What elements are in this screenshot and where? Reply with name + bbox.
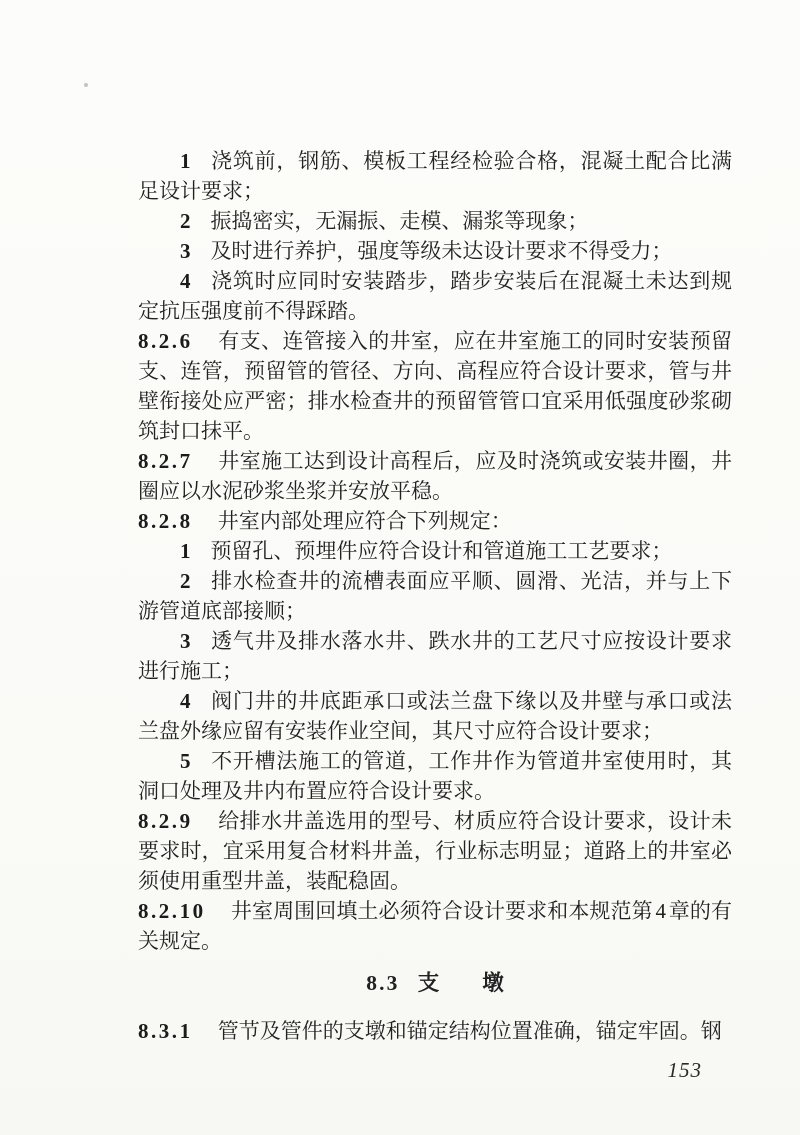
clause-number: 8.2.6	[138, 329, 193, 353]
item-text: 阀门井的井底距承口或法兰盘下缘以及井壁与承口或法兰盘外缘应留有安装作业空间，其尺…	[138, 689, 732, 743]
page-number: 153	[138, 1055, 732, 1085]
section-heading: 8.3支 墩	[138, 968, 732, 998]
clause-paragraph: 8.2.6有支、连管接入的井室，应在井室施工的同时安装预留支、连管，预留管的管径…	[138, 326, 732, 446]
section-number: 8.3	[366, 971, 399, 995]
numbered-item: 2排水检查井的流槽表面应平顺、圆滑、光洁，并与上下游管道底部接顺；	[138, 566, 732, 626]
item-text: 透气井及排水落水井、跌水井的工艺尺寸应按设计要求进行施工；	[138, 629, 732, 683]
clause-paragraph: 8.3.1管节及管件的支墩和锚定结构位置准确，锚定牢固。钢	[138, 1016, 732, 1046]
clause-number: 8.2.7	[138, 449, 193, 473]
clause-text: 井室内部处理应符合下列规定：	[218, 509, 512, 533]
item-number: 2	[180, 209, 191, 233]
document-page: 1浇筑前，钢筋、模板工程经检验合格，混凝土配合比满足设计要求； 2振捣密实，无漏…	[0, 0, 800, 1135]
item-number: 1	[180, 539, 191, 563]
item-number: 3	[180, 239, 191, 263]
numbered-item: 3透气井及排水落水井、跌水井的工艺尺寸应按设计要求进行施工；	[138, 626, 732, 686]
clause-text: 井室周围回填土必须符合设计要求和本规范第 4 章的有关规定。	[138, 899, 732, 953]
clause-paragraph: 8.2.8井室内部处理应符合下列规定：	[138, 506, 732, 536]
item-text: 及时进行养护，强度等级未达设计要求不得受力；	[210, 239, 672, 263]
clause-text: 井室施工达到设计高程后，应及时浇筑或安装井圈，井圈应以水泥砂浆坐浆并安放平稳。	[138, 449, 732, 503]
clause-text: 有支、连管接入的井室，应在井室施工的同时安装预留支、连管，预留管的管径、方向、高…	[138, 329, 732, 443]
numbered-item: 4阀门井的井底距承口或法兰盘下缘以及井壁与承口或法兰盘外缘应留有安装作业空间，其…	[138, 686, 732, 746]
numbered-item: 2振捣密实，无漏振、走模、漏浆等现象；	[138, 206, 732, 236]
clause-paragraph: 8.2.10井室周围回填土必须符合设计要求和本规范第 4 章的有关规定。	[138, 896, 732, 956]
item-text: 排水检查井的流槽表面应平顺、圆滑、光洁，并与上下游管道底部接顺；	[138, 569, 732, 623]
numbered-item: 4浇筑时应同时安装踏步，踏步安装后在混凝土未达到规定抗压强度前不得踩踏。	[138, 266, 732, 326]
clause-text: 给排水井盖选用的型号、材质应符合设计要求，设计未要求时，宜采用复合材料井盖，行业…	[138, 809, 732, 893]
item-number: 1	[180, 149, 191, 173]
page-body: 1浇筑前，钢筋、模板工程经检验合格，混凝土配合比满足设计要求； 2振捣密实，无漏…	[138, 146, 732, 1085]
item-text: 预留孔、预埋件应符合设计和管道施工工艺要求；	[210, 539, 672, 563]
scan-speck	[84, 83, 88, 87]
numbered-item: 1预留孔、预埋件应符合设计和管道施工工艺要求；	[138, 536, 732, 566]
clause-paragraph: 8.2.9给排水井盖选用的型号、材质应符合设计要求，设计未要求时，宜采用复合材料…	[138, 806, 732, 896]
item-number: 3	[180, 629, 191, 653]
clause-number: 8.2.10	[138, 899, 206, 923]
item-text: 振捣密实，无漏振、走模、漏浆等现象；	[210, 209, 588, 233]
numbered-item: 3及时进行养护，强度等级未达设计要求不得受力；	[138, 236, 732, 266]
item-number: 2	[180, 569, 191, 593]
numbered-item: 5不开槽法施工的管道，工作井作为管道井室使用时，其洞口处理及井内布置应符合设计要…	[138, 746, 732, 806]
item-text: 浇筑时应同时安装踏步，踏步安装后在混凝土未达到规定抗压强度前不得踩踏。	[138, 269, 732, 323]
numbered-item: 1浇筑前，钢筋、模板工程经检验合格，混凝土配合比满足设计要求；	[138, 146, 732, 206]
item-number: 5	[180, 749, 191, 773]
clause-number: 8.2.8	[138, 509, 193, 533]
clause-paragraph: 8.2.7井室施工达到设计高程后，应及时浇筑或安装井圈，井圈应以水泥砂浆坐浆并安…	[138, 446, 732, 506]
item-text: 不开槽法施工的管道，工作井作为管道井室使用时，其洞口处理及井内布置应符合设计要求…	[138, 749, 732, 803]
clause-number: 8.3.1	[138, 1019, 193, 1043]
item-number: 4	[180, 689, 191, 713]
clause-text: 管节及管件的支墩和锚定结构位置准确，锚定牢固。钢	[218, 1019, 722, 1043]
clause-number: 8.2.9	[138, 809, 193, 833]
section-title: 支 墩	[418, 971, 504, 995]
item-text: 浇筑前，钢筋、模板工程经检验合格，混凝土配合比满足设计要求；	[138, 149, 732, 203]
item-number: 4	[180, 269, 191, 293]
